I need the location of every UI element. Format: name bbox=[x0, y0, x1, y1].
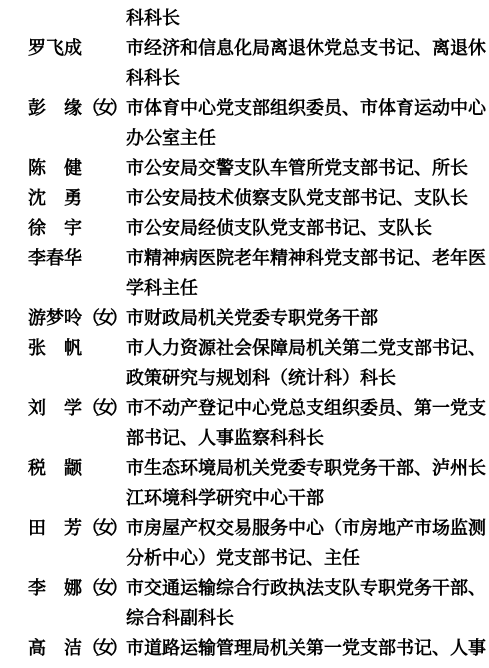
position-text: 科科长 bbox=[126, 3, 180, 33]
name-column: 税 颛 bbox=[28, 453, 126, 483]
entry-line: 江环境科学研究中心干部 bbox=[28, 483, 489, 513]
position-text: 市财政局机关党委专职党务干部 bbox=[126, 303, 378, 333]
gender-marker: （女） bbox=[82, 638, 124, 658]
position-text: 市公安局技术侦察支队党支部书记、支队长 bbox=[126, 183, 468, 213]
entry-line: 办公室主任 bbox=[28, 123, 489, 153]
person-name: 沈 勇 bbox=[28, 188, 82, 208]
position-text: 科科长 bbox=[126, 63, 180, 93]
person-name: 罗飞成 bbox=[28, 38, 82, 58]
name-column: 李 娜（女） bbox=[28, 573, 126, 603]
position-text: 市交通运输综合行政执法支队专职党务干部、 bbox=[126, 573, 486, 603]
name-column bbox=[28, 3, 126, 33]
person-name: 彭 缘 bbox=[28, 98, 82, 118]
entry-line: 罗飞成 市经济和信息化局离退休党总支书记、离退休 bbox=[28, 33, 489, 63]
gender-marker: （女） bbox=[82, 308, 124, 328]
position-text: 市人力资源社会保障局机关第二党支部书记、 bbox=[126, 333, 486, 363]
name-column: 沈 勇 bbox=[28, 183, 126, 213]
person-name: 徐 宇 bbox=[28, 218, 82, 238]
person-name: 游梦呤 bbox=[28, 308, 82, 328]
name-column bbox=[28, 363, 126, 393]
entry-line: 分析中心）党支部书记、主任 bbox=[28, 543, 489, 573]
position-text: 市公安局交警支队车管所党支部书记、所长 bbox=[126, 153, 468, 183]
name-column bbox=[28, 483, 126, 513]
entry-list: 科科长 罗飞成 市经济和信息化局离退休党总支书记、离退休 科科长 彭 缘（女） … bbox=[28, 3, 489, 663]
position-text: 综合科副科长 bbox=[126, 603, 234, 633]
name-column bbox=[28, 423, 126, 453]
gender-marker: （女） bbox=[82, 518, 124, 538]
position-text: 办公室主任 bbox=[126, 123, 216, 153]
name-column bbox=[28, 543, 126, 573]
entry-line: 李 娜（女） 市交通运输综合行政执法支队专职党务干部、 bbox=[28, 573, 489, 603]
position-text: 分析中心）党支部书记、主任 bbox=[126, 543, 360, 573]
entry-line: 徐 宇 市公安局经侦支队党支部书记、支队长 bbox=[28, 213, 489, 243]
entry-line: 沈 勇 市公安局技术侦察支队党支部书记、支队长 bbox=[28, 183, 489, 213]
person-name: 田 芳 bbox=[28, 518, 82, 538]
gender-marker: （女） bbox=[82, 578, 124, 598]
position-text: 市公安局经侦支队党支部书记、支队长 bbox=[126, 213, 432, 243]
name-column bbox=[28, 603, 126, 633]
entry-line: 税 颛 市生态环境局机关党委专职党务干部、泸州长 bbox=[28, 453, 489, 483]
person-name: 陈 健 bbox=[28, 158, 82, 178]
person-name: 高 洁 bbox=[28, 638, 82, 658]
name-column: 田 芳（女） bbox=[28, 513, 126, 543]
name-column: 徐 宇 bbox=[28, 213, 126, 243]
position-text: 市经济和信息化局离退休党总支书记、离退休 bbox=[126, 33, 486, 63]
person-name: 税 颛 bbox=[28, 458, 82, 478]
position-text: 市体育中心党支部组织委员、市体育运动中心 bbox=[126, 93, 486, 123]
name-column: 彭 缘（女） bbox=[28, 93, 126, 123]
position-text: 市道路运输管理局机关第一党支部书记、人事 bbox=[126, 633, 486, 663]
name-column bbox=[28, 273, 126, 303]
person-name: 李 娜 bbox=[28, 578, 82, 598]
entry-line: 张 帆 市人力资源社会保障局机关第二党支部书记、 bbox=[28, 333, 489, 363]
position-text: 市不动产登记中心党总支组织委员、第一党支 bbox=[126, 393, 486, 423]
position-text: 市生态环境局机关党委专职党务干部、泸州长 bbox=[126, 453, 486, 483]
entry-line: 田 芳（女） 市房屋产权交易服务中心（市房地产市场监测 bbox=[28, 513, 489, 543]
gender-marker: （女） bbox=[82, 398, 124, 418]
name-column: 高 洁（女） bbox=[28, 633, 126, 663]
person-name: 张 帆 bbox=[28, 338, 82, 358]
gender-marker: （女） bbox=[82, 98, 124, 118]
name-column: 游梦呤（女） bbox=[28, 303, 126, 333]
entry-line: 彭 缘（女） 市体育中心党支部组织委员、市体育运动中心 bbox=[28, 93, 489, 123]
name-column: 李春华 bbox=[28, 243, 126, 273]
position-text: 部书记、人事监察科科长 bbox=[126, 423, 324, 453]
entry-line: 游梦呤（女） 市财政局机关党委专职党务干部 bbox=[28, 303, 489, 333]
entry-line: 科科长 bbox=[28, 3, 489, 33]
name-column: 陈 健 bbox=[28, 153, 126, 183]
entry-line: 综合科副科长 bbox=[28, 603, 489, 633]
position-text: 市房屋产权交易服务中心（市房地产市场监测 bbox=[126, 513, 486, 543]
entry-line: 刘 学（女） 市不动产登记中心党总支组织委员、第一党支 bbox=[28, 393, 489, 423]
entry-line: 部书记、人事监察科科长 bbox=[28, 423, 489, 453]
entry-line: 政策研究与规划科（统计科）科长 bbox=[28, 363, 489, 393]
entry-line: 陈 健 市公安局交警支队车管所党支部书记、所长 bbox=[28, 153, 489, 183]
person-name: 刘 学 bbox=[28, 398, 82, 418]
entry-line: 科科长 bbox=[28, 63, 489, 93]
name-column bbox=[28, 123, 126, 153]
name-column: 张 帆 bbox=[28, 333, 126, 363]
entry-line: 李春华 市精神病医院老年精神科党支部书记、老年医 bbox=[28, 243, 489, 273]
entry-line: 学科主任 bbox=[28, 273, 489, 303]
name-column: 罗飞成 bbox=[28, 33, 126, 63]
name-column: 刘 学（女） bbox=[28, 393, 126, 423]
position-text: 市精神病医院老年精神科党支部书记、老年医 bbox=[126, 243, 486, 273]
person-name: 李春华 bbox=[28, 248, 82, 268]
position-text: 学科主任 bbox=[126, 273, 198, 303]
entry-line: 高 洁（女） 市道路运输管理局机关第一党支部书记、人事 bbox=[28, 633, 489, 663]
position-text: 政策研究与规划科（统计科）科长 bbox=[126, 363, 396, 393]
position-text: 江环境科学研究中心干部 bbox=[126, 483, 324, 513]
document-page: 科科长 罗飞成 市经济和信息化局离退休党总支书记、离退休 科科长 彭 缘（女） … bbox=[0, 0, 489, 668]
name-column bbox=[28, 63, 126, 93]
